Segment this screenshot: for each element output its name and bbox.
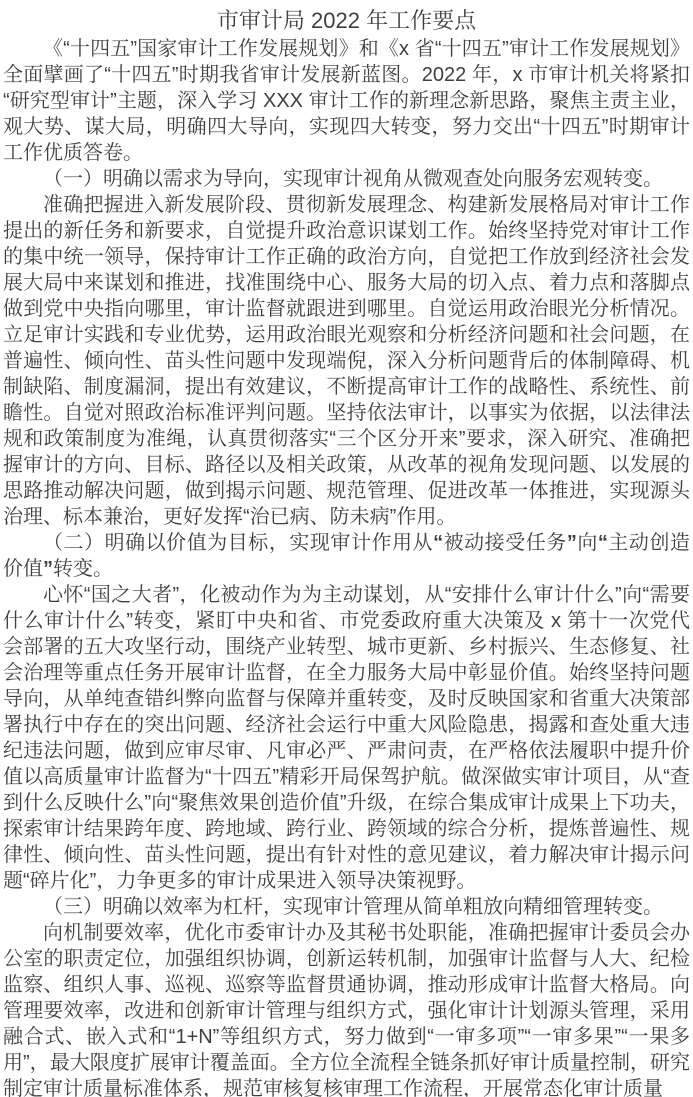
section-heading: （一）明确以需求为导向，实现审计视角从微观查处向服务宏观转变。 [3,166,690,192]
text-segment: 心怀“国之大者”，化被动作为为主动谋划，从“安排什么审计什么”向“需要什么审计什… [3,584,690,892]
text-segment: 《“十四五”国家审计工作发展规划》和《x 省“十四五”审计工作发展规划》全面擘画… [3,38,690,164]
text-segment: 向 [577,532,598,554]
text-segment: 准确把握进入新发展阶段、贯彻新发展理念、构建新发展格局对审计工作提出的新任务和新… [3,194,690,528]
text-segment: （三）明确以效率为杠杆，实现审计管理从简单粗放向精细管理转变。 [43,896,663,918]
body-paragraph: 《“十四五”国家审计工作发展规划》和《x 省“十四五”审计工作发展规划》全面擘画… [3,36,690,166]
emphasized-text: “ [598,532,608,554]
emphasized-text: “ [433,532,443,554]
document-title: 市审计局 2022 年工作要点 [3,6,690,36]
emphasized-text: ” [567,532,577,554]
body-paragraph: 准确把握进入新发展阶段、贯彻新发展理念、构建新发展格局对审计工作提出的新任务和新… [3,192,690,530]
body-paragraph: 向机制要效率，优化市委审计办及其秘书处职能，准确把握审计委员会办公室的职责定位，… [3,920,690,1097]
section-heading: （三）明确以效率为杠杆，实现审计管理从简单粗放向精细管理转变。 [3,894,690,920]
emphasized-text: ” [43,558,53,580]
document-page: 市审计局 2022 年工作要点 《“十四五”国家审计工作发展规划》和《x 省“十… [0,0,693,1097]
text-segment: 被动接受任务 [443,532,567,554]
body-paragraph: 心怀“国之大者”，化被动作为为主动谋划，从“安排什么审计什么”向“需要什么审计什… [3,582,690,894]
text-segment: 转变。 [53,558,113,580]
text-segment: （一）明确以需求为导向，实现审计视角从微观查处向服务宏观转变。 [43,168,663,190]
section-heading: （二）明确以价值为目标，实现审计作用从“被动接受任务”向“主动创造价值”转变。 [3,530,690,582]
text-segment: （二）明确以价值为目标，实现审计作用从 [43,532,433,554]
document-body: 《“十四五”国家审计工作发展规划》和《x 省“十四五”审计工作发展规划》全面擘画… [3,36,690,1097]
text-segment: 向机制要效率，优化市委审计办及其秘书处职能，准确把握审计委员会办公室的职责定位，… [3,922,690,1097]
